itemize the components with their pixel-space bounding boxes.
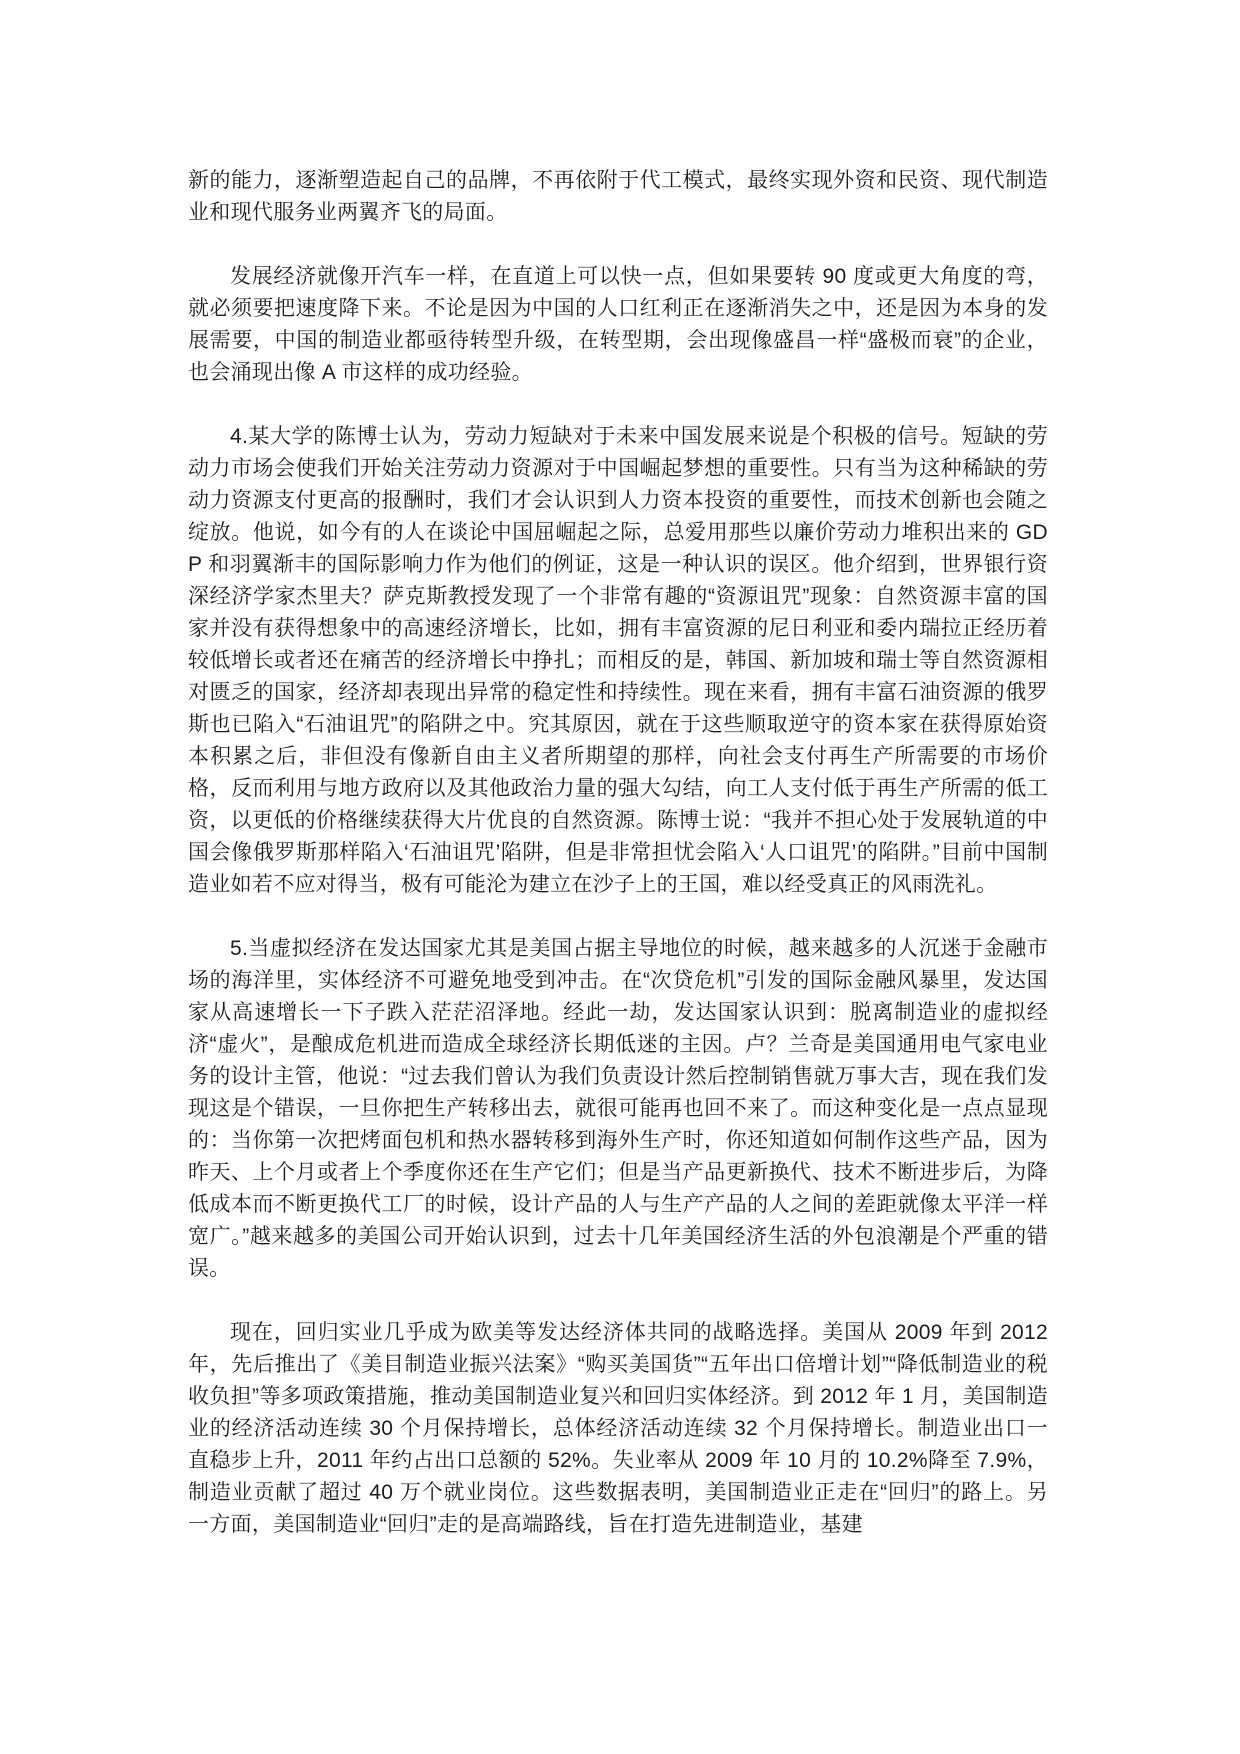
- paragraph-economy-car-analogy: 发展经济就像开汽车一样，在直道上可以快一点，但如果要转 90 度或更大角度的弯，…: [188, 261, 1048, 389]
- paragraph-item-5-virtual-economy: 5.当虚拟经济在发达国家尤其是美国占据主导地位的时候，越来越多的人沉迷于金融市场…: [188, 933, 1048, 1285]
- paragraph-return-to-industry: 现在，回归实业几乎成为欧美等发达经济体共同的战略选择。美国从 2009 年到 2…: [188, 1317, 1048, 1541]
- document-page: 新的能力，逐渐塑造起自己的品牌，不再依附于代工模式，最终实现外资和民资、现代制造…: [0, 0, 1240, 1754]
- paragraph-continuation: 新的能力，逐渐塑造起自己的品牌，不再依附于代工模式，最终实现外资和民资、现代制造…: [188, 165, 1048, 229]
- paragraph-item-4-labor-shortage: 4.某大学的陈博士认为，劳动力短缺对于未来中国发展来说是个积极的信号。短缺的劳动…: [188, 421, 1048, 901]
